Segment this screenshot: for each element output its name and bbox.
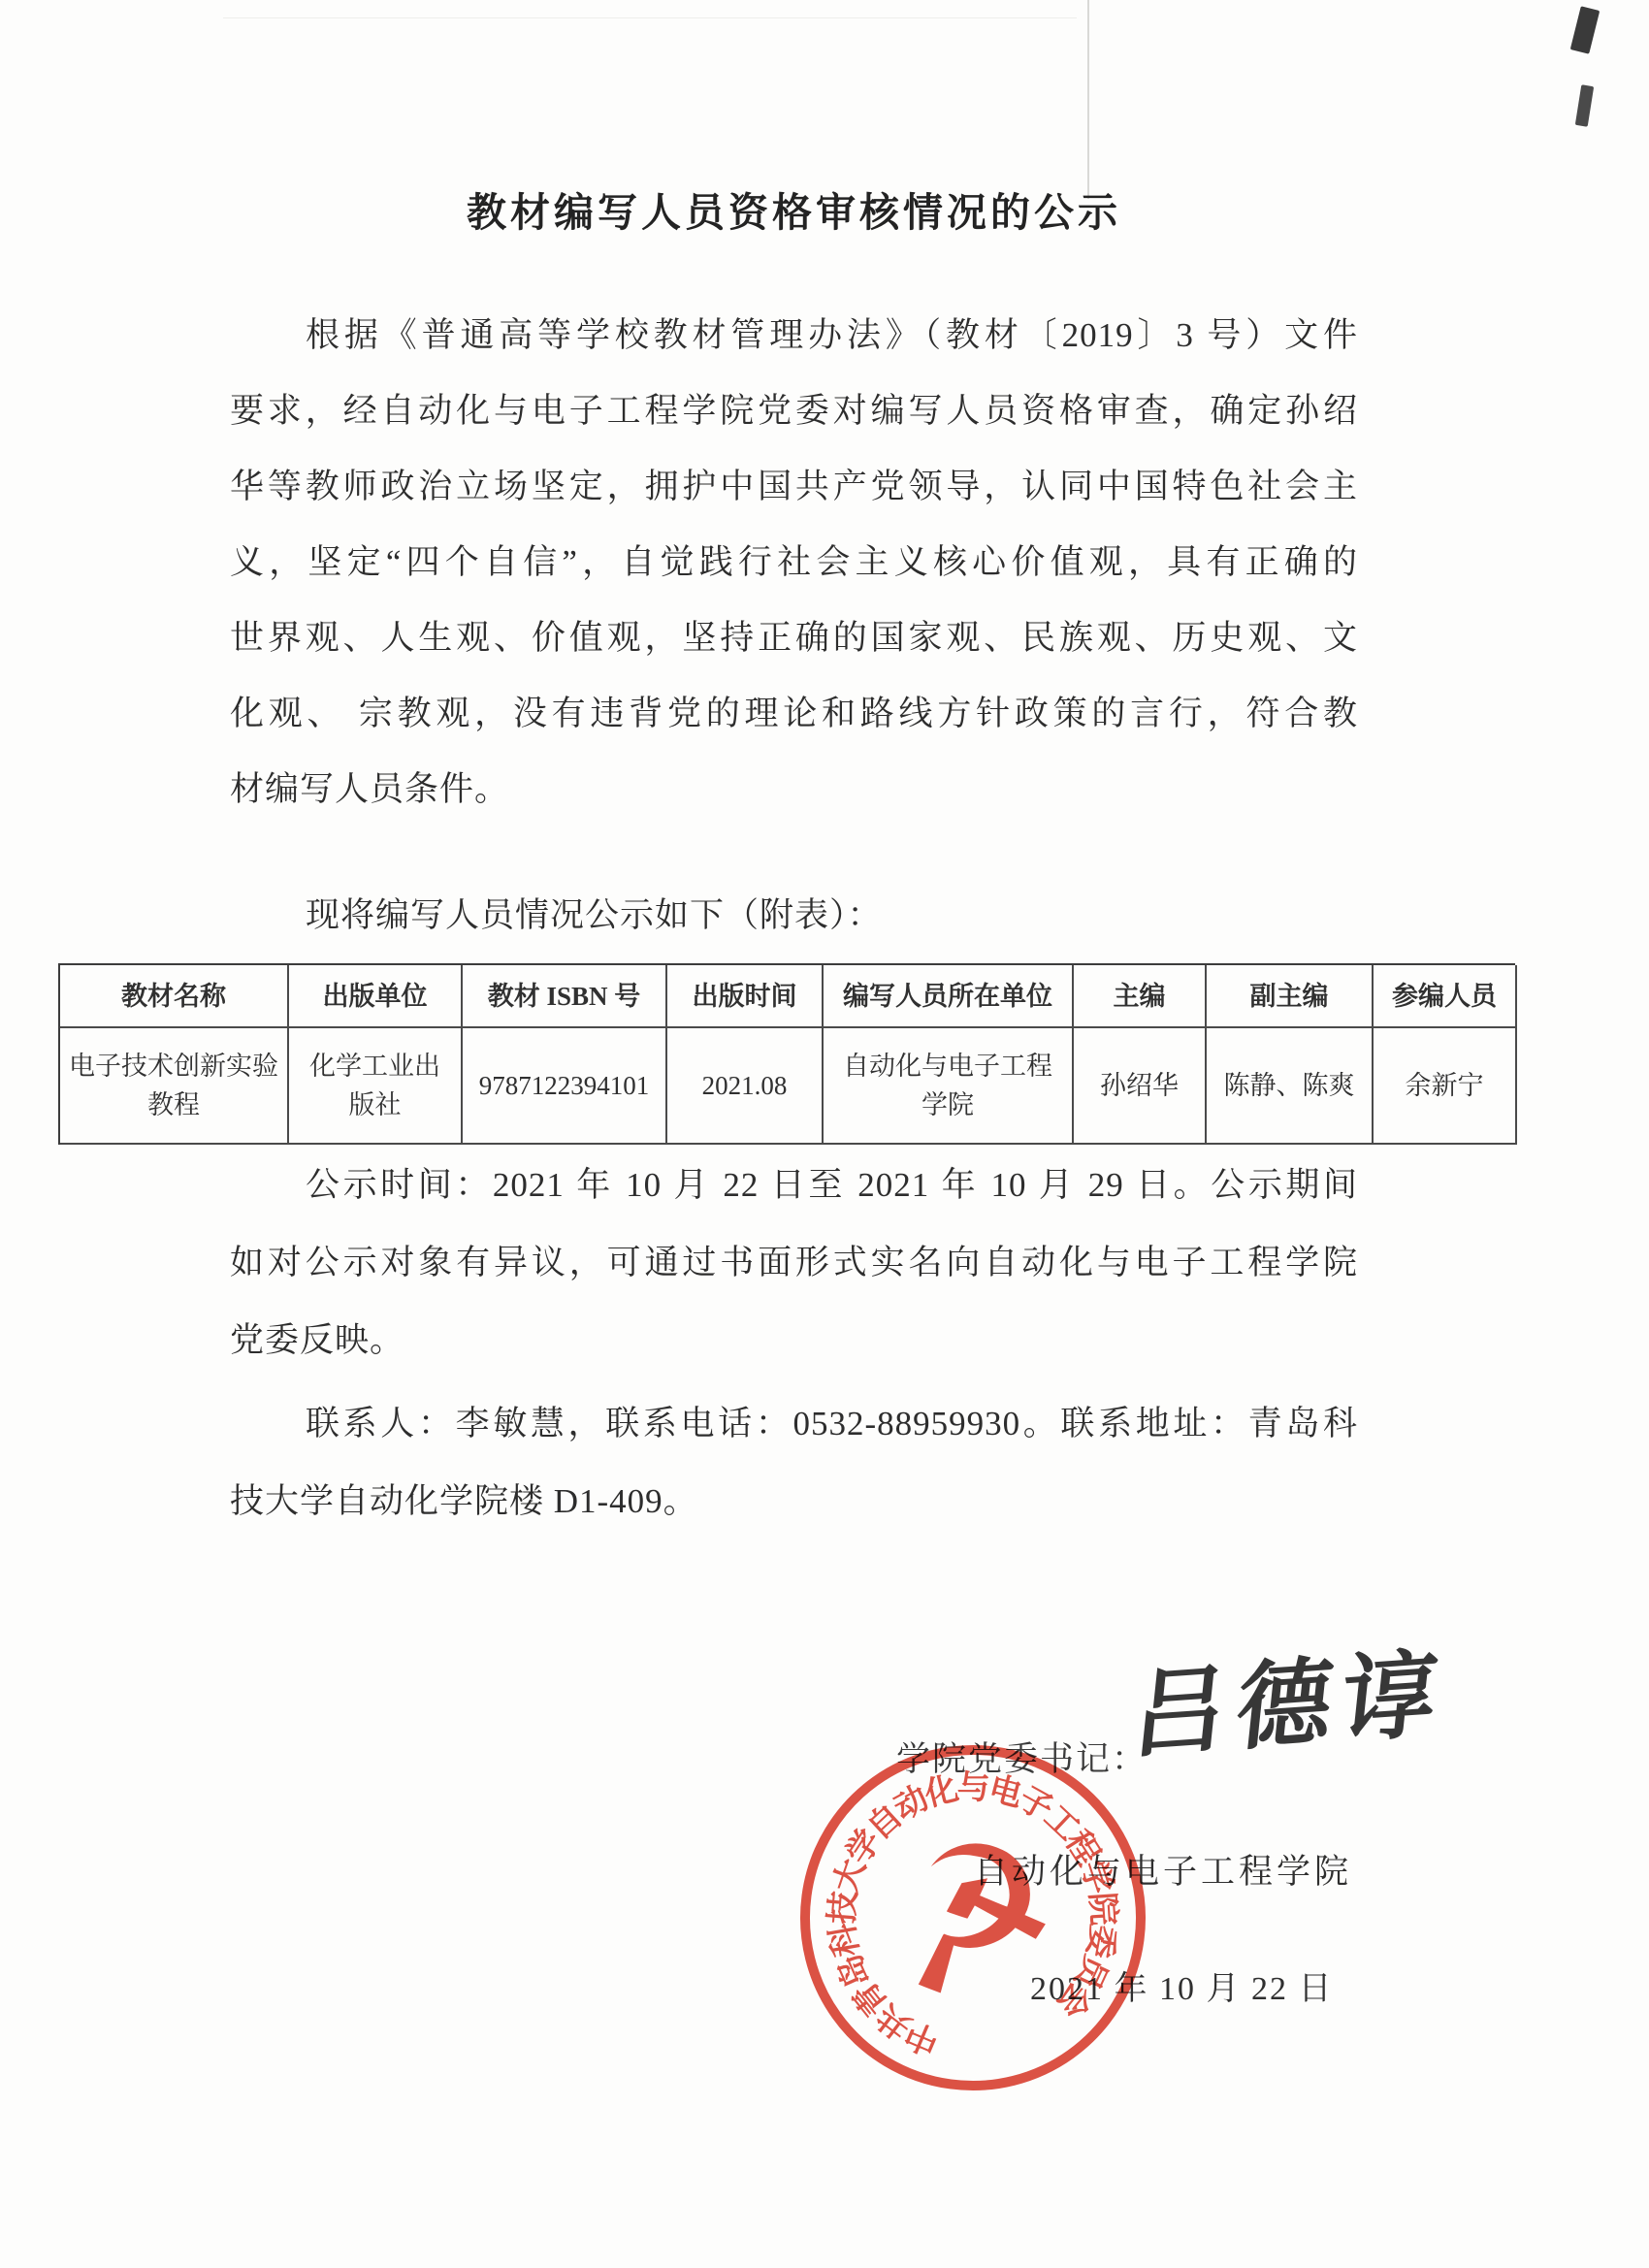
paragraph-line: 党委反映。 — [230, 1302, 1358, 1379]
table-cell-contributors: 余新宁 — [1374, 1028, 1517, 1145]
scan-crease — [223, 17, 1077, 18]
paragraph-line: 技大学自动化学院楼 D1-409。 — [230, 1463, 1358, 1540]
paragraph-contact-info: 联系人：李敏慧，联系电话：0532-88959930。联系地址：青岛科 技大学自… — [230, 1385, 1358, 1540]
table-header-editors-unit: 编写人员所在单位 — [824, 965, 1074, 1028]
signature-handwriting: 吕德谆 — [1126, 1611, 1528, 1776]
table-header-deputy-editor: 副主编 — [1207, 965, 1374, 1028]
paragraph-line: 华等教师政治立场坚定，拥护中国共产党领导，认同中国特色社会主 — [230, 449, 1358, 525]
table-header-contributors: 参编人员 — [1374, 965, 1517, 1028]
table-header-isbn: 教材 ISBN 号 — [463, 965, 667, 1028]
table-header-publish-date: 出版时间 — [667, 965, 824, 1028]
svg-text:院: 院 — [1083, 1892, 1122, 1928]
paragraph-line: 联系人：李敏慧，联系电话：0532-88959930。联系地址：青岛科 — [230, 1385, 1358, 1463]
scanned-document-page: 教材编写人员资格审核情况的公示 根据《普通高等学校教材管理办法》（教材〔2019… — [0, 0, 1649, 2268]
paragraph-notice-period: 公示时间：2021 年 10 月 22 日至 2021 年 10 月 29 日。… — [230, 1147, 1358, 1379]
table-header-chief-editor: 主编 — [1074, 965, 1207, 1028]
editors-table: 教材名称 出版单位 教材 ISBN 号 出版时间 编写人员所在单位 主编 副主编… — [58, 963, 1515, 1145]
table-header-publisher: 出版单位 — [289, 965, 463, 1028]
paragraph-line: 现将编写人员情况公示如下（附表）： — [230, 878, 1358, 954]
scan-artifact — [1570, 6, 1600, 53]
document-title: 教材编写人员资格审核情况的公示 — [230, 180, 1358, 238]
paragraph-line: 义，坚定“四个自信”，自觉践行社会主义核心价值观，具有正确的 — [230, 525, 1358, 600]
table-cell-isbn: 9787122394101 — [463, 1028, 667, 1145]
paragraph-line: 根据《普通高等学校教材管理办法》（教材〔2019〕3 号）文件 — [230, 298, 1358, 373]
table-cell-editors-unit: 自动化与电子工程学院 — [824, 1028, 1074, 1145]
paragraph-line: 公示时间：2021 年 10 月 22 日至 2021 年 10 月 29 日。… — [230, 1147, 1358, 1224]
paragraph-line: 要求，经自动化与电子工程学院党委对编写人员资格审查，确定孙绍 — [230, 373, 1358, 449]
table-cell-chief-editor: 孙绍华 — [1074, 1028, 1207, 1145]
paragraph-line: 材编写人员条件。 — [230, 752, 1358, 827]
table-cell-textbook-name: 电子技术创新实验教程 — [60, 1028, 289, 1145]
paragraph-line: 如对公示对象有异议，可通过书面形式实名向自动化与电子工程学院 — [230, 1224, 1358, 1302]
paragraph-line: 化观、 宗教观，没有违背党的理论和路线方针政策的言行，符合教 — [230, 676, 1358, 752]
paragraph-line: 世界观、人生观、价值观，坚持正确的国家观、民族观、历史观、文 — [230, 600, 1358, 676]
table-cell-publish-date: 2021.08 — [667, 1028, 824, 1145]
scan-artifact — [1575, 84, 1594, 127]
paragraph-table-intro: 现将编写人员情况公示如下（附表）： — [230, 878, 1358, 954]
table-cell-deputy-editor: 陈静、陈爽 — [1207, 1028, 1374, 1145]
table-cell-publisher: 化学工业出版社 — [289, 1028, 463, 1145]
paragraph-legal-basis: 根据《普通高等学校教材管理办法》（教材〔2019〕3 号）文件 要求，经自动化与… — [230, 298, 1358, 827]
scan-crease — [1087, 0, 1089, 199]
table-header-textbook-name: 教材名称 — [60, 965, 289, 1028]
